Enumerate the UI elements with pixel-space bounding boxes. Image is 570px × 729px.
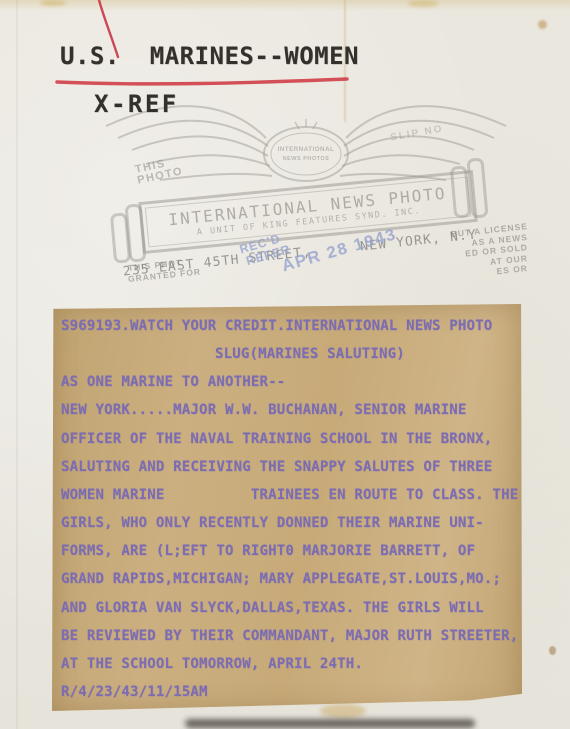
- caption-line-4: NEW YORK.....MAJOR W.W. BUCHANAN, SENIOR…: [61, 402, 467, 418]
- caption-line-1: S969193.WATCH YOUR CREDIT.INTERNATIONAL …: [61, 318, 492, 334]
- caption-line-5: OFFICER OF THE NAVAL TRAINING SCHOOL IN …: [61, 431, 492, 447]
- photo-verso: INTERNATIONAL NEWS PHOTOS THIS PHOTO SLI…: [0, 0, 570, 729]
- caption-line-8: GIRLS, WHO ONLY RECENTLY DONNED THEIR MA…: [61, 515, 484, 531]
- xref-label: X-REF: [94, 90, 179, 118]
- stain: [408, 0, 438, 7]
- emblem-text-line2: NEWS PHOTOS: [283, 156, 330, 162]
- caption-line-6: SALUTING AND RECEIVING THE SNAPPY SALUTE…: [61, 459, 492, 475]
- fine-print-left: [127, 295, 128, 305]
- caption-line-11: AND GLORIA VAN SLYCK,DALLAS,TEXAS. THE G…: [61, 600, 484, 616]
- fine-print-right: ES OR: [496, 263, 528, 276]
- caption-line-7: WOMEN MARINE TRAINEES EN ROUTE TO CLASS.…: [61, 487, 518, 503]
- caption-slip: S969193.WATCH YOUR CREDIT.INTERNATIONAL …: [52, 304, 522, 711]
- emblem-text-line1: INTERNATIONAL: [278, 146, 335, 153]
- stain: [40, 0, 66, 6]
- stain: [538, 20, 547, 29]
- fine-print-left: [127, 284, 128, 294]
- subject-heading: U.S. MARINES--WOMEN: [60, 42, 359, 70]
- caption-line-13: AT THE SCHOOL TOMORROW, APRIL 24TH.: [61, 656, 363, 672]
- stain: [549, 646, 556, 655]
- slip-no-stamp-text: SLIP NO: [389, 123, 444, 143]
- aged-top-edge: [0, 0, 570, 11]
- caption-line-2: SLUG(MARINES SALUTING): [215, 346, 405, 362]
- caption-line-9: FORMS, ARE (L;EFT TO RIGHT0 MARJORIE BAR…: [61, 543, 475, 559]
- caption-line-14: R/4/23/43/11/15AM: [61, 684, 208, 700]
- paper-crease-left: [16, 0, 18, 729]
- bottom-edge-shadow: [185, 719, 475, 728]
- this-photo-stamp-text: THIS PHOTO: [134, 155, 184, 186]
- caption-line-12: BE REVIEWED BY THEIR COMMANDANT, MAJOR R…: [61, 628, 518, 644]
- stain: [320, 704, 366, 718]
- caption-line-10: GRAND RAPIDS,MICHIGAN; MARY APPLEGATE,ST…: [61, 571, 501, 587]
- caption-line-3: AS ONE MARINE TO ANOTHER--: [61, 374, 285, 390]
